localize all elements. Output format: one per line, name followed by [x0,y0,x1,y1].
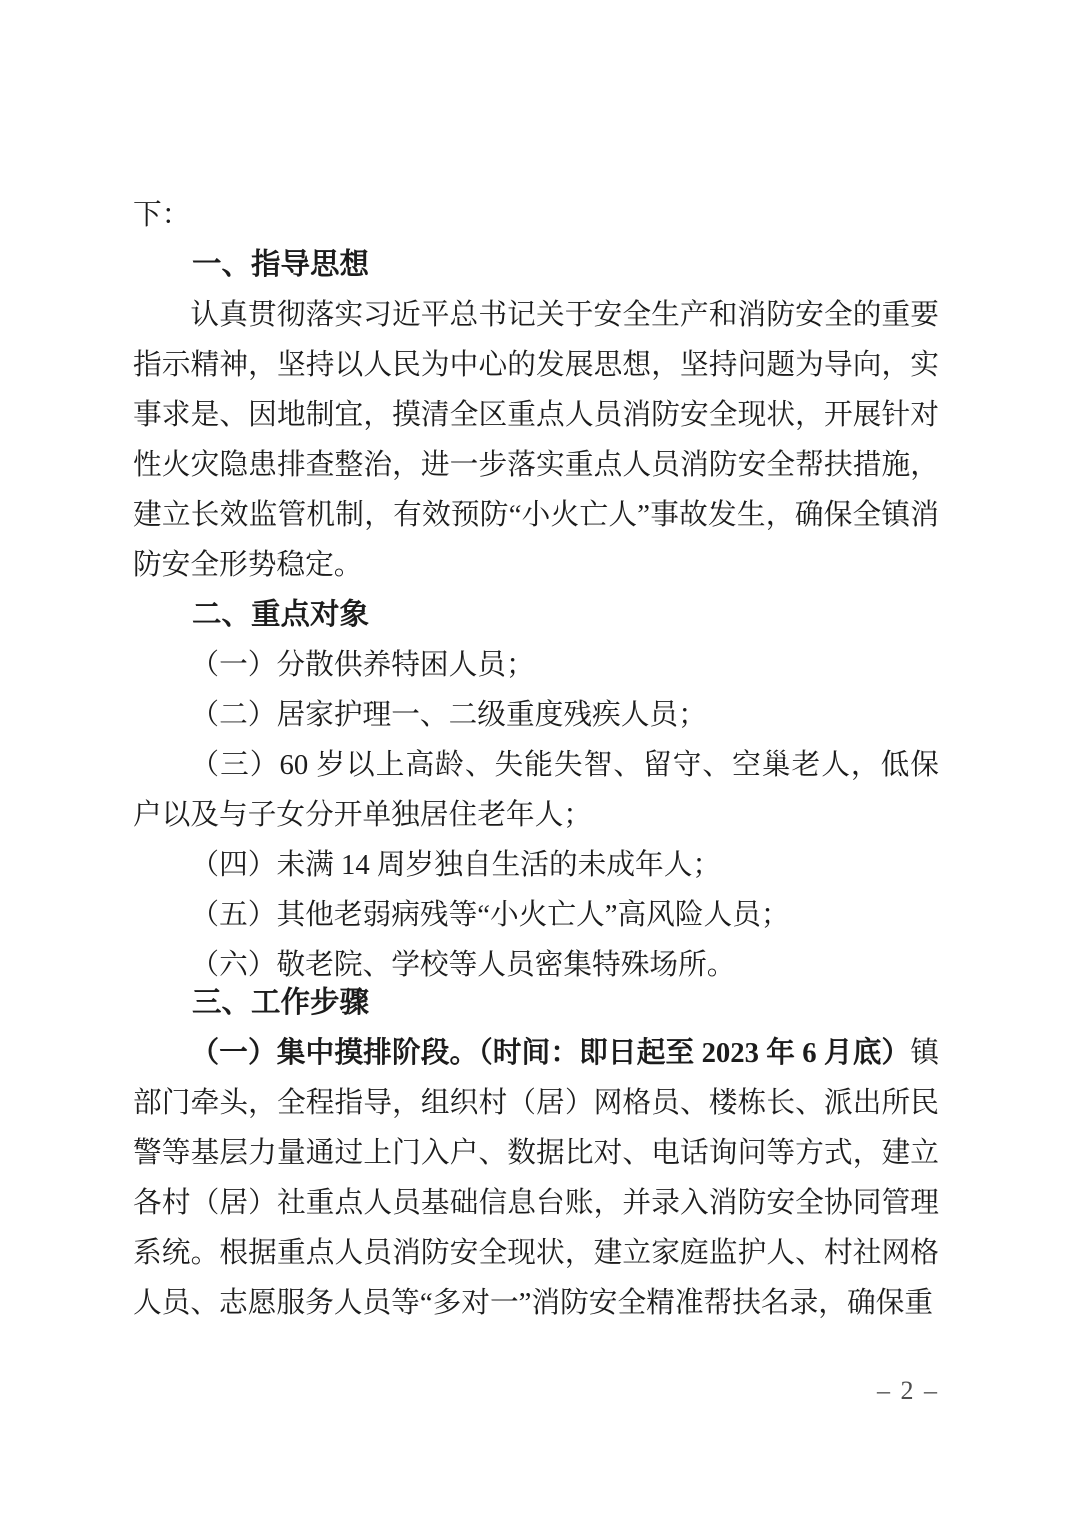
section-1-heading: 一、指导思想 [133,240,939,290]
page-content: 下： 一、指导思想 认真贯彻落实习近平总书记关于安全生产和消防安全的重要指示精神… [133,190,939,1328]
key-target-item-1: （一）分散供养特困人员； [133,640,939,690]
step-1-text: 镇部门牵头，全程指导，组织村（居）网格员、楼栋长、派出所民警等基层力量通过上门入… [133,1037,939,1319]
key-target-item-3: （三）60 岁以上高龄、失能失智、留守、空巢老人，低保户以及与子女分开单独居住老… [133,740,939,840]
section-2-heading: 二、重点对象 [133,590,939,640]
key-target-item-4: （四）未满 14 周岁独自生活的未成年人； [133,840,939,890]
step-1-label: （一）集中摸排阶段。（时间：即日起至 2023 年 6 月底） [190,1037,910,1069]
section-1-paragraph: 认真贯彻落实习近平总书记关于安全生产和消防安全的重要指示精神，坚持以人民为中心的… [133,290,939,590]
continuation-text: 下： [133,190,939,240]
step-1-paragraph: （一）集中摸排阶段。（时间：即日起至 2023 年 6 月底）镇部门牵头，全程指… [133,1028,939,1328]
document-page: 下： 一、指导思想 认真贯彻落实习近平总书记关于安全生产和消防安全的重要指示精神… [0,0,1074,1520]
key-target-item-2: （二）居家护理一、二级重度残疾人员； [133,690,939,740]
page-number: – 2 – [866,1378,950,1404]
key-target-item-5: （五）其他老弱病残等“小火亡人”高风险人员； [133,890,939,940]
